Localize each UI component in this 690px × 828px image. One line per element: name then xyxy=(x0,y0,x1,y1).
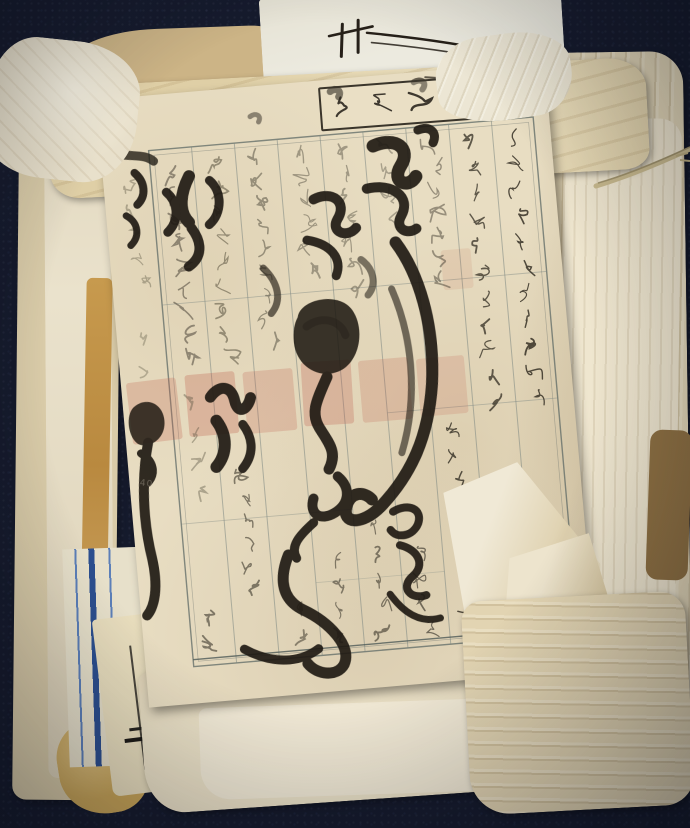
text-miyakawa-name xyxy=(430,500,485,660)
text-inagaki-name xyxy=(468,268,520,428)
brown-paper-patch xyxy=(645,429,690,580)
crumpled-corner-stack xyxy=(461,590,690,815)
text-zama-village-head xyxy=(468,118,520,268)
orange-paper-strip xyxy=(81,278,112,590)
photo-of-document-bundle: 40 xyxy=(0,0,690,828)
page-margin-number: 40 xyxy=(139,478,154,490)
